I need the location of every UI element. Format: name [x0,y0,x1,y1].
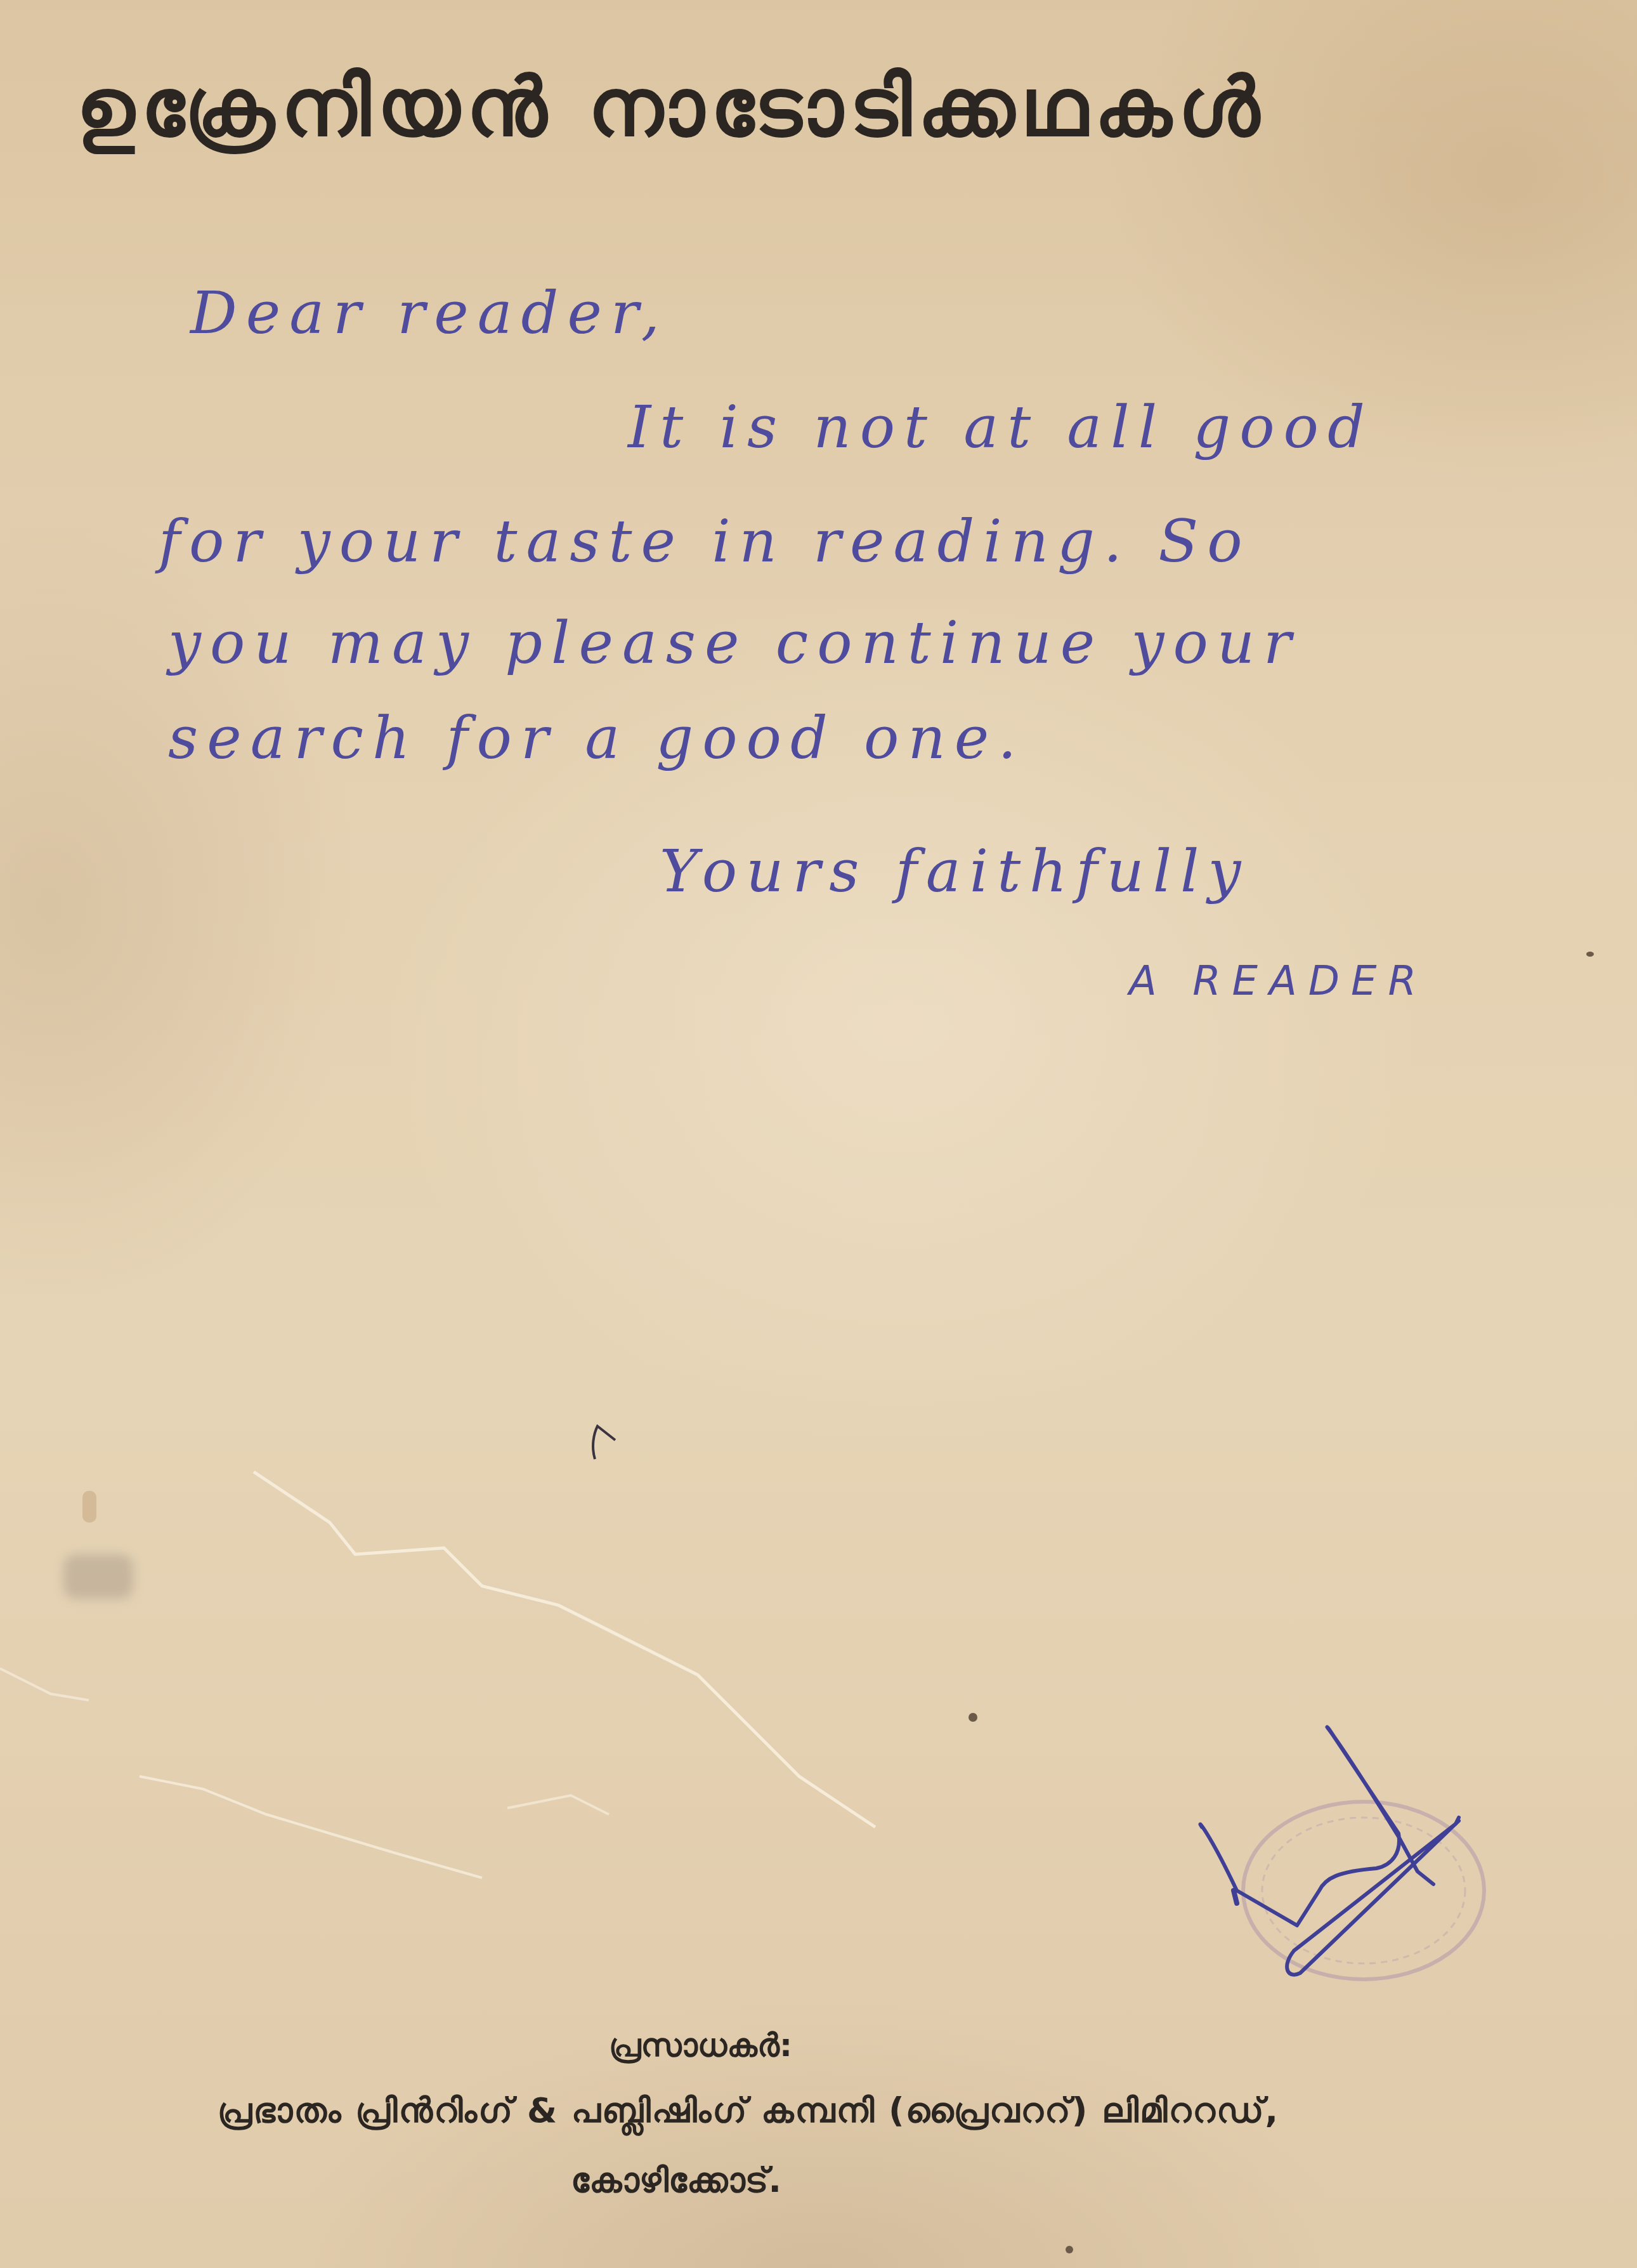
publisher-name: പ്രഭാതം പ്രിൻറിംഗ് & പബ്ലിഷിംഗ് കമ്പനി (… [32,2090,1465,2131]
publisher-place: കോഴിക്കോട്. [571,2160,781,2201]
stray-pen-mark-icon [590,1421,622,1465]
note-line: for your taste in reading. So [159,508,1251,575]
note-line: It is not at all good [628,393,1374,461]
note-signed-name: A READER [1129,958,1428,1005]
note-closing: Yours faithfully [660,837,1250,905]
publisher-label: പ്രസാധകർ: [609,2027,792,2064]
note-salutation: Dear reader, [190,279,668,347]
handwritten-signature-icon [1173,1700,1529,1992]
note-line: search for a good one. [168,704,1025,772]
paper-spot [969,1713,977,1722]
paper-spot [1586,952,1594,957]
signature-with-stamp [1173,1700,1529,1992]
book-title: ഉക്രേനിയൻ നാടോടിക്കഥകൾ [76,60,1345,156]
document-page: ഉക്രേനിയൻ നാടോടിക്കഥകൾ Dear reader, It i… [0,0,1637,2268]
ink-smudge [63,1554,133,1599]
note-line: you may please continue your [168,609,1300,677]
paper-spot [1066,2246,1073,2253]
paper-tear-mark [82,1491,96,1523]
